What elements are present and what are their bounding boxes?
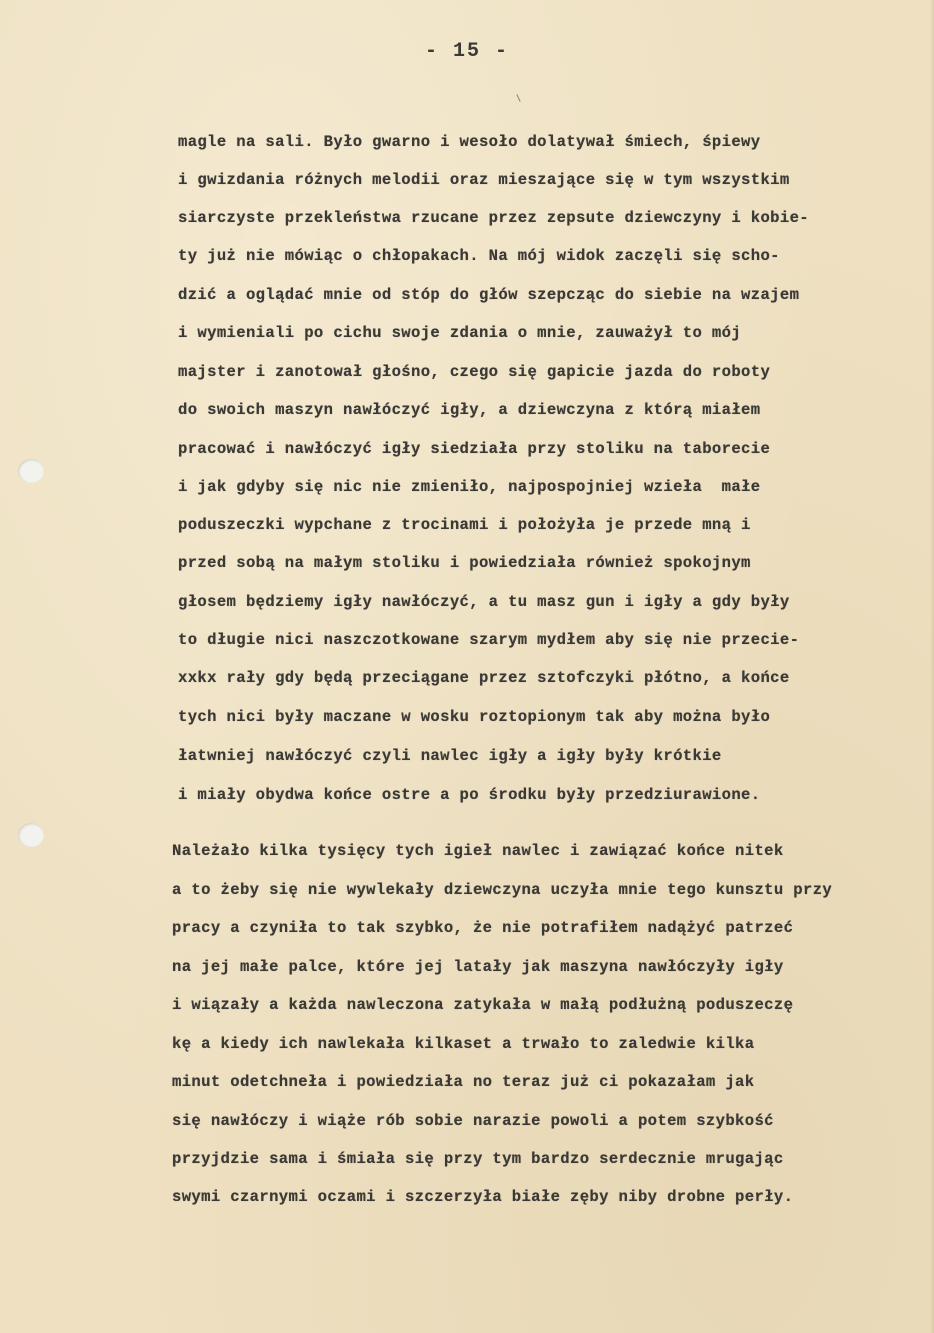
text-line: do swoich maszyn nawłóczyć igły, a dziew… (178, 401, 760, 419)
text-line: dzić a oglądać mnie od stóp do głów szep… (178, 286, 799, 304)
punch-hole-top (18, 459, 44, 483)
text-line: i jak gdyby się nic nie zmieniło, najpos… (178, 478, 760, 496)
text-line: magle na sali. Było gwarno i wesoło dola… (178, 133, 760, 151)
punch-hole-bottom (18, 823, 44, 847)
text-line: pracować i nawłóczyć igły siedziała przy… (178, 440, 770, 458)
text-line: Należało kilka tysięcy tych igieł nawlec… (172, 842, 784, 860)
text-line: i miały obydwa końce ostre a po środku b… (178, 786, 760, 804)
text-line: i gwizdania różnych melodii oraz mieszaj… (178, 171, 790, 189)
text-line: swymi czarnymi oczami i szczerzyła białe… (172, 1188, 793, 1206)
text-line: poduszeczki wypchane z trocinami i położ… (178, 516, 751, 534)
text-line: xxkx rały gdy będą przeciągane przez szt… (178, 669, 790, 687)
text-line: się nawłóczy i wiąże rób sobie narazie p… (172, 1112, 774, 1130)
text-line: łatwniej nawłóczyć czyli nawlec igły a i… (178, 747, 722, 765)
text-line: a to żeby się nie wywlekały dziewczyna u… (172, 881, 832, 899)
stray-ink-mark (516, 94, 520, 102)
text-line: pracy a czyniła to tak szybko, że nie po… (172, 919, 793, 937)
text-line: tych nici były maczane w wosku roztopion… (178, 708, 770, 726)
text-line: i wiązały a każda nawleczona zatykała w … (172, 996, 793, 1014)
text-line: to długie nici naszczotkowane szarym myd… (178, 631, 799, 649)
page-edge-shadow (930, 0, 934, 1333)
text-line: na jej małe palce, które jej latały jak … (172, 958, 784, 976)
text-line: przyjdzie sama i śmiała się przy tym bar… (172, 1150, 784, 1168)
text-line: głosem będziemy igły nawłóczyć, a tu mas… (178, 593, 790, 611)
text-line: majster i zanotował głośno, czego się ga… (178, 363, 770, 381)
text-line: siarczyste przekleństwa rzucane przez ze… (178, 209, 809, 227)
typewritten-page: - 15 - magle na sali. Było gwarno i weso… (0, 0, 934, 1333)
text-line: ty już nie mówiąc o chłopakach. Na mój w… (178, 247, 780, 265)
text-line: kę a kiedy ich nawlekała kilkaset a trwa… (172, 1035, 754, 1053)
page-number: - 15 - (0, 40, 934, 63)
text-line: przed sobą na małym stoliku i powiedział… (178, 554, 751, 572)
text-line: i wymieniali po cichu swoje zdania o mni… (178, 324, 741, 342)
text-line: minut odetchneła i powiedziała no teraz … (172, 1073, 754, 1091)
